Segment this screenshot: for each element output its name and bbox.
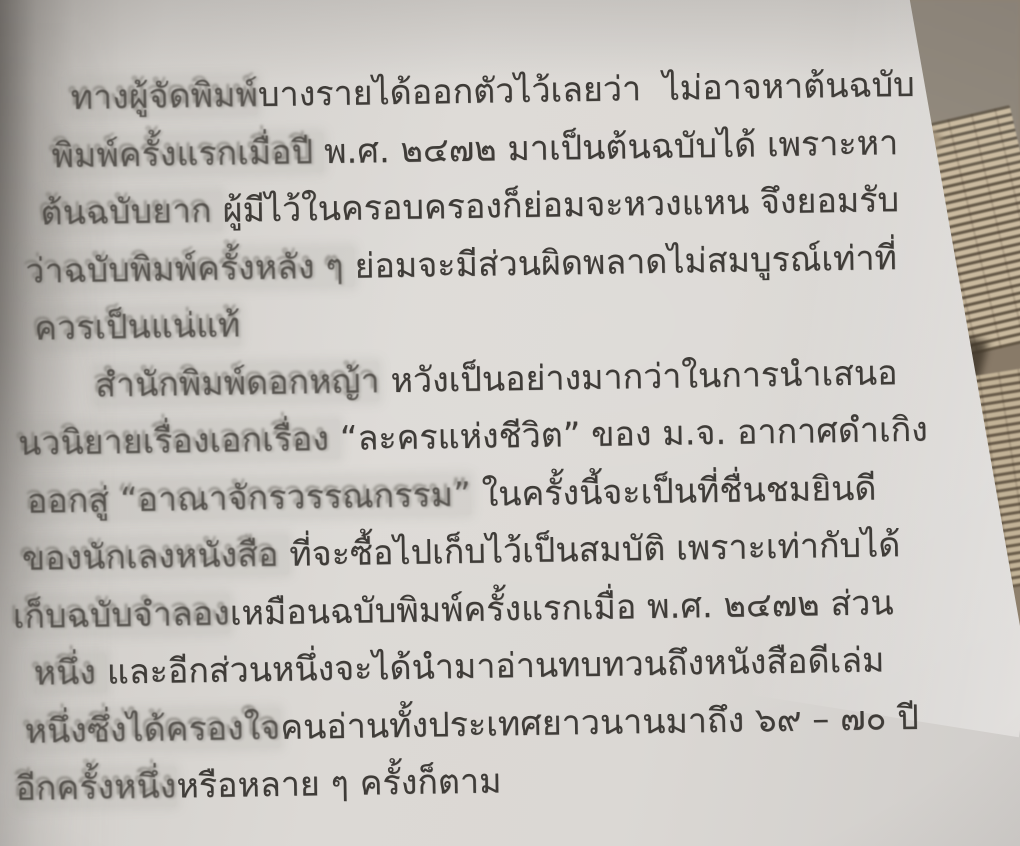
clear-text: หรือหลาย ๆ ครั้งก็ตาม: [176, 761, 502, 806]
clear-text: หวังเป็นอย่างมากว่าในการนำเสนอ: [379, 353, 897, 401]
ghost-text: อีกครั้งหนึ่ง: [15, 767, 176, 810]
clear-text: บางรายได้ออกตัวไว้เลยว่า ไม่อาจหาต้นฉบับ: [258, 65, 915, 115]
ghost-text: ว่าฉบับพิมพ์ครั้งหลัง ๆ: [25, 246, 355, 291]
clear-text: เหมือนฉบับพิมพ์ครั้งแรกเมื่อ พ.ศ. ๒๔๗๒ ส…: [230, 583, 894, 633]
ghost-text: ของนักเลงหนังสือ: [22, 535, 290, 579]
clear-text: ย่อมจะมีส่วนผิดพลาดไม่สมบูรณ์เท่าที่: [354, 238, 897, 287]
ghost-text: หนึ่งซึ่งได้ครองใจ: [24, 707, 280, 751]
book-page: ทางผู้จัดพิมพ์บางรายได้ออกตัวไว้เลยว่า ไ…: [0, 0, 1020, 846]
ghost-text: หนึ่ง: [33, 653, 107, 694]
clear-text: “ละครแห่งชีวิต” ของ ม.จ. อากาศดำเกิง: [340, 410, 928, 459]
clear-text: คนอ่านทั้งประเทศยาวนานมาถึง ๖๙ – ๗๐ ปี: [280, 697, 919, 747]
ghost-text: สำนักพิมพ์ดอกหญ้า: [95, 361, 380, 405]
ghost-text: ทางผู้จัดพิมพ์: [70, 75, 258, 118]
clear-text: ผู้มีไว้ในครอบครองก็ย่อมจะหวงแหน จึงยอมร…: [222, 180, 899, 231]
clear-text: พ.ศ. ๒๔๗๒ มาเป็นต้นฉบับได้ เพราะหา: [324, 123, 899, 172]
ghost-text: ต้นฉบับยาก: [40, 191, 223, 234]
book-page-photo: ทางผู้จัดพิมพ์บางรายได้ออกตัวไว้เลยว่า ไ…: [0, 0, 1020, 846]
ghost-text: ออกสู่ “อาณาจักรวรรณกรรม”: [27, 474, 471, 521]
ghost-text: เก็บฉบับจำลอง: [13, 593, 231, 636]
ghost-text: นวนิยายเรื่องเอกเรื่อง: [18, 419, 340, 464]
ghost-text: ควรเป็นแน่แท้: [34, 305, 241, 348]
page-text: ทางผู้จัดพิมพ์บางรายได้ออกตัวไว้เลยว่า ไ…: [0, 56, 1016, 819]
clear-text: ที่จะซื้อไปเก็บไว้เป็นสมบัติ เพราะเท่ากั…: [289, 525, 901, 575]
clear-text: และอีกส่วนหนึ่งจะได้นำมาอ่านทบทวนถึงหนัง…: [107, 640, 885, 692]
clear-text: ในครั้งนี้จะเป็นที่ชื่นชมยินดี: [471, 468, 877, 514]
ghost-text: พิมพ์ครั้งแรกเมื่อปี: [51, 132, 324, 176]
